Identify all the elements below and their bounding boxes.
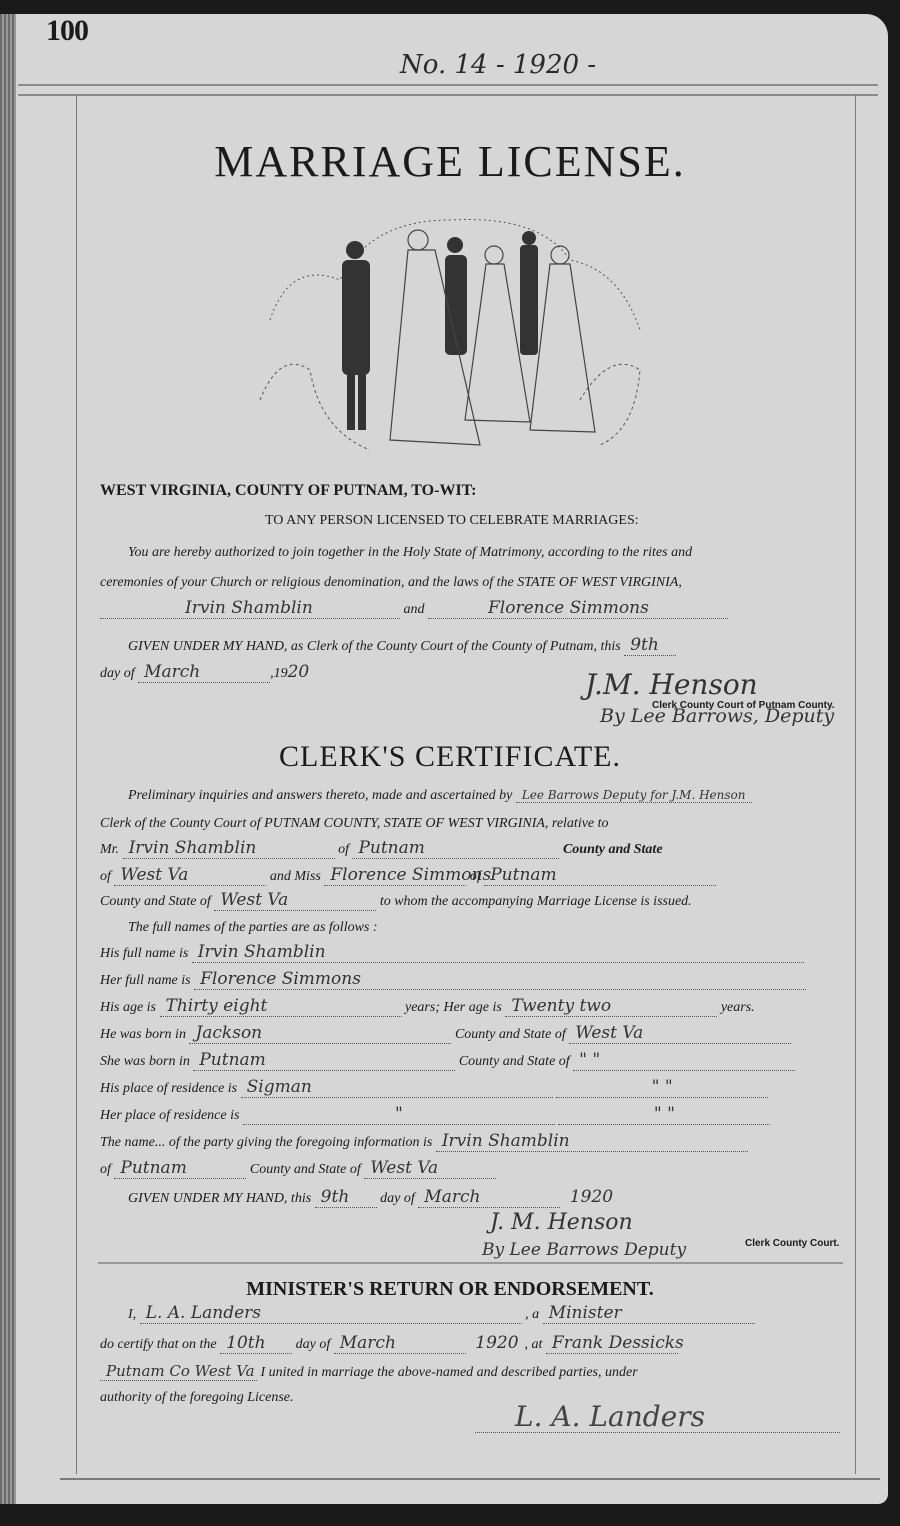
license-text-1: You are hereby authorized to join togeth… <box>128 545 868 561</box>
certify-label: do certify that on the <box>100 1337 217 1352</box>
mr-state-field[interactable]: West Va <box>114 865 266 886</box>
miss-name-field[interactable]: Florence Simmons <box>324 865 466 886</box>
jurisdiction-heading: WEST VIRGINIA, COUNTY OF PUTNAM, TO-WIT: <box>100 482 840 500</box>
his-residence-field[interactable]: Sigman <box>241 1077 553 1098</box>
day-of-label: day of <box>100 666 135 681</box>
her-full-name-field[interactable]: Florence Simmons <box>194 969 806 990</box>
informant-field[interactable]: Irvin Shamblin <box>436 1131 748 1152</box>
her-age-label: years; Her age is <box>405 1000 502 1015</box>
license-month-field[interactable]: March <box>138 662 270 683</box>
minister-signature: L. A. Landers <box>515 1400 705 1433</box>
register-number: No. 14 - 1920 - <box>400 50 596 80</box>
groom-name-field[interactable]: Irvin Shamblin <box>100 598 400 619</box>
of-label: of <box>338 842 349 857</box>
he-born-state-label: County and State of <box>455 1027 566 1042</box>
to-whom-label: to whom the accompanying Marriage Licens… <box>380 894 692 909</box>
cert-clerk-title: Clerk County Court. <box>745 1238 839 1249</box>
his-residence-ditto[interactable]: " " <box>556 1077 768 1098</box>
bride-name-field[interactable]: Florence Simmons <box>428 598 728 619</box>
signature-line <box>475 1432 840 1433</box>
county-and-state-label: County and State <box>563 842 663 857</box>
she-born-county-field[interactable]: Putnam <box>193 1050 455 1071</box>
wedding-illustration-icon <box>250 200 650 465</box>
his-full-name-label: His full name is <box>100 946 188 961</box>
miss-county-field[interactable]: Putnam <box>484 865 716 886</box>
license-text-2: ceremonies of your Church or religious d… <box>100 575 840 591</box>
mr-label: Mr. <box>100 842 119 857</box>
a-label: , a <box>525 1307 539 1322</box>
his-residence-label: His place of residence is <box>100 1081 237 1096</box>
address-heading: TO ANY PERSON LICENSED TO CELEBRATE MARR… <box>265 513 900 529</box>
year-prefix: ,19 <box>270 666 288 681</box>
cert-clerk-signature: J. M. Henson <box>490 1210 633 1235</box>
of-label-2: of <box>100 869 111 884</box>
miss-state-field[interactable]: West Va <box>214 890 376 911</box>
ascertained-by-field[interactable]: Lee Barrows Deputy for J.M. Henson <box>516 788 752 803</box>
page-number: 100 <box>46 14 88 48</box>
informant-state-field[interactable]: West Va <box>364 1158 496 1179</box>
given-under-hand-label: GIVEN UNDER MY HAND, as Clerk of the Cou… <box>128 639 621 654</box>
she-born-label: She was born in <box>100 1054 190 1069</box>
informant-county-state-label: County and State of <box>250 1162 361 1177</box>
he-born-label: He was born in <box>100 1027 186 1042</box>
certificate-title: CLERK'S CERTIFICATE. <box>0 740 900 774</box>
license-title: MARRIAGE LICENSE. <box>0 136 900 187</box>
his-age-field[interactable]: Thirty eight <box>160 996 402 1017</box>
her-residence-field[interactable]: " <box>243 1104 555 1125</box>
her-residence-label: Her place of residence is <box>100 1108 239 1123</box>
i-label: I, <box>128 1307 136 1322</box>
his-full-name-field[interactable]: Irvin Shamblin <box>192 942 804 963</box>
she-born-state-label: County and State of <box>459 1054 570 1069</box>
header-rule <box>18 84 878 86</box>
minister-role-field[interactable]: Minister <box>543 1303 755 1324</box>
his-age-label: His age is <box>100 1000 156 1015</box>
cert-day-of-label: day of <box>380 1191 415 1206</box>
minister-name-field[interactable]: L. A. Landers <box>140 1303 522 1324</box>
he-born-state-field[interactable]: West Va <box>569 1023 791 1044</box>
license-day-field[interactable]: 9th <box>624 635 676 656</box>
years-label: years. <box>721 1000 755 1015</box>
marriage-year-field[interactable]: 1920 <box>469 1333 524 1353</box>
county-state-of-label: County and State of <box>100 894 211 909</box>
header-rule-2 <box>18 94 878 96</box>
informant-label: The name... of the party giving the fore… <box>100 1135 432 1150</box>
at-label: , at <box>525 1337 543 1352</box>
full-names-intro: The full names of the parties are as fol… <box>128 920 868 936</box>
section-divider <box>98 1262 843 1264</box>
right-margin-line <box>855 94 856 1474</box>
marriage-day-of-label: day of <box>296 1337 331 1352</box>
mr-county-field[interactable]: Putnam <box>352 838 559 859</box>
she-born-state-field[interactable]: " " <box>573 1050 795 1071</box>
united-label: I united in marriage the above-named and… <box>261 1365 638 1380</box>
cert-day-field[interactable]: 9th <box>315 1187 377 1208</box>
and-miss-label: and Miss <box>270 869 321 884</box>
clerk-signature: J.M. Henson <box>585 668 758 701</box>
clerk-of-county-court-line: Clerk of the County Court of PUTNAM COUN… <box>100 816 840 832</box>
marriage-day-field[interactable]: 10th <box>220 1333 292 1354</box>
her-full-name-label: Her full name is <box>100 973 191 988</box>
of-label-3: of <box>470 869 481 884</box>
cert-given-label: GIVEN UNDER MY HAND, this <box>128 1191 311 1206</box>
minister-title: MINISTER'S RETURN OR ENDORSEMENT. <box>0 1278 900 1301</box>
her-residence-ditto[interactable]: " " <box>558 1104 770 1125</box>
cert-deputy-signature: By Lee Barrows Deputy <box>482 1240 686 1260</box>
marriage-place2-field[interactable]: Putnam Co West Va <box>100 1362 257 1381</box>
cert-year-field[interactable]: 1920 <box>564 1187 619 1207</box>
deputy-signature: By Lee Barrows, Deputy <box>600 705 834 727</box>
mr-name-field[interactable]: Irvin Shamblin <box>123 838 335 859</box>
and-label: and <box>404 602 425 617</box>
informant-county-field[interactable]: Putnam <box>114 1158 246 1179</box>
license-year-field[interactable]: 20 <box>288 662 310 682</box>
preliminary-label: Preliminary inquiries and answers theret… <box>128 788 512 803</box>
he-born-county-field[interactable]: Jackson <box>189 1023 451 1044</box>
informant-of-label: of <box>100 1162 111 1177</box>
cert-month-field[interactable]: March <box>418 1187 560 1208</box>
authority-label: authority of the foregoing License. <box>100 1390 840 1406</box>
left-margin-line <box>76 94 77 1474</box>
page-bottom-rule <box>60 1478 880 1480</box>
her-age-field[interactable]: Twenty two <box>505 996 717 1017</box>
marriage-place-field[interactable]: Frank Dessicks <box>546 1333 678 1354</box>
marriage-month-field[interactable]: March <box>334 1333 466 1354</box>
